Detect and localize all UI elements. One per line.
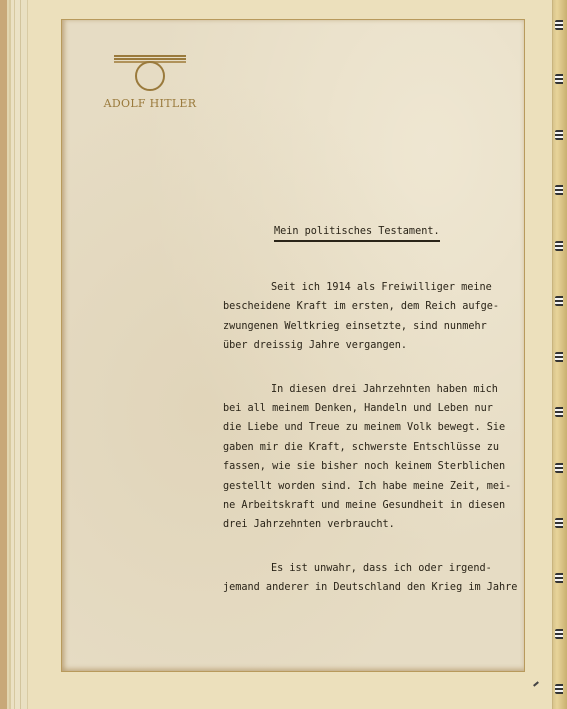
binder-ring-icon: [555, 684, 563, 694]
binder-ring-icon: [555, 573, 563, 583]
document-sheet: ADOLF HITLER Mein politisches Testament.…: [62, 20, 524, 671]
letterhead-name: ADOLF HITLER: [100, 97, 200, 110]
text-line: Es ist unwahr, dass ich oder irgend-: [223, 559, 523, 578]
paragraph: Es ist unwahr, dass ich oder irgend- jem…: [223, 559, 523, 598]
emblem-placeholder-icon: [135, 61, 165, 91]
text-line: bei all meinem Denken, Handeln und Leben…: [223, 399, 523, 418]
text-line: In diesen drei Jahrzehnten haben mich: [223, 380, 523, 399]
binder-ring-icon: [555, 629, 563, 639]
document-title: Mein politisches Testament.: [274, 226, 440, 242]
paragraph: Seit ich 1914 als Freiwilliger meine bes…: [223, 278, 523, 356]
binder-ring-icon: [555, 185, 563, 195]
paragraph: In diesen drei Jahrzehnten haben mich be…: [223, 380, 523, 535]
text-line: ne Arbeitskraft und meine Gesundheit in …: [223, 496, 523, 515]
binder-ring-icon: [555, 463, 563, 473]
text-line: drei Jahrzehnten verbraucht.: [223, 515, 523, 534]
document-body: Seit ich 1914 als Freiwilliger meine bes…: [223, 278, 523, 622]
text-line: fassen, wie sie bisher noch keinem Sterb…: [223, 457, 523, 476]
album-binding-left: [0, 0, 30, 709]
text-line: Seit ich 1914 als Freiwilliger meine: [223, 278, 523, 297]
text-line: über dreissig Jahre vergangen.: [223, 336, 523, 355]
binder-ring-icon: [555, 74, 563, 84]
text-line: bescheidene Kraft im ersten, dem Reich a…: [223, 297, 523, 316]
emblem-placeholder-icon: [114, 55, 186, 57]
album-binding-right: [552, 0, 567, 709]
binder-ring-icon: [555, 518, 563, 528]
pencil-mark: [533, 681, 539, 686]
text-line: gestellt worden sind. Ich habe meine Zei…: [223, 477, 523, 496]
letterhead: ADOLF HITLER: [100, 55, 200, 110]
binder-ring-icon: [555, 296, 563, 306]
text-line: gaben mir die Kraft, schwerste Entschlüs…: [223, 438, 523, 457]
binder-ring-icon: [555, 241, 563, 251]
binder-ring-icon: [555, 352, 563, 362]
binder-ring-icon: [555, 407, 563, 417]
text-line: zwungenen Weltkrieg einsetzte, sind nunm…: [223, 317, 523, 336]
text-line: jemand anderer in Deutschland den Krieg …: [223, 578, 523, 597]
binder-ring-icon: [555, 20, 563, 30]
binder-ring-icon: [555, 130, 563, 140]
text-line: die Liebe und Treue zu meinem Volk beweg…: [223, 418, 523, 437]
